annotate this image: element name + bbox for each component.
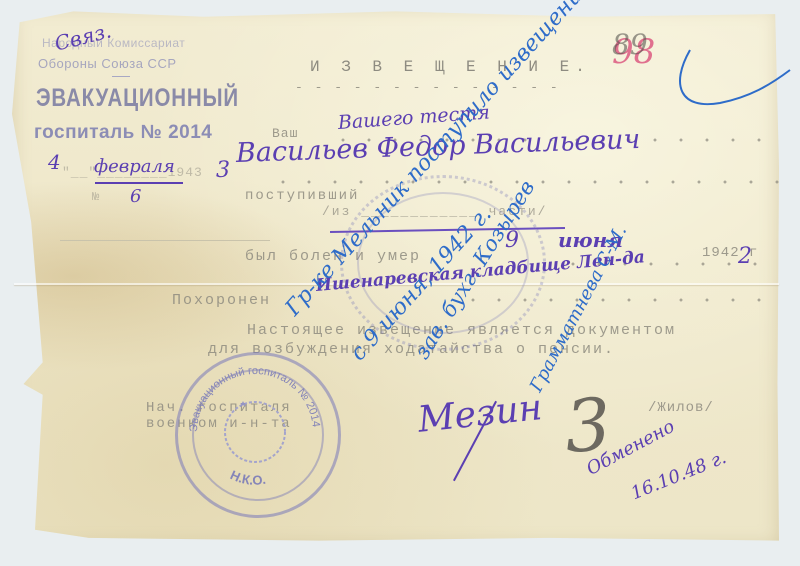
blue-flourish bbox=[660, 45, 800, 115]
field-line-1 bbox=[60, 240, 270, 241]
round-stamp-text: Эвакуационный госпиталь № 2014 Н.К.О. bbox=[175, 352, 335, 512]
handwritten-death-year-suffix: 2 bbox=[738, 244, 752, 269]
svg-text:Эвакуационный госпиталь № 2014: Эвакуационный госпиталь № 2014 bbox=[188, 365, 322, 432]
typed-number-prefix: № bbox=[92, 190, 102, 204]
stamp-hospital-number: госпиталь № 2014 bbox=[34, 122, 212, 144]
graphite-number: 89 bbox=[612, 28, 648, 61]
svg-text:Н.К.О.: Н.К.О. bbox=[228, 467, 267, 488]
handwritten-day: 4 bbox=[48, 150, 61, 174]
month-underline bbox=[95, 182, 183, 184]
typed-signature-name: /Жилов/ bbox=[648, 400, 714, 416]
stamp-defense-ussr: Обороны Союза ССР bbox=[38, 56, 177, 71]
document-title: И З В Е Щ Е Н И Е. bbox=[310, 58, 591, 76]
typed-pokhoronen: Похоронен bbox=[172, 292, 271, 309]
handwritten-number: 6 bbox=[130, 186, 141, 207]
stamp-evacuation: ЭВАКУАЦИОННЫЙ bbox=[36, 84, 239, 113]
typed-postupivshiy: поступивший bbox=[245, 188, 359, 204]
graphite-mark: 3 bbox=[562, 382, 614, 469]
stamp-divider bbox=[112, 76, 130, 77]
title-dashes: - - - - - - - - - - - - - - bbox=[295, 80, 560, 95]
handwritten-month: февраля bbox=[94, 156, 175, 177]
handwritten-year-suffix: 3 bbox=[216, 158, 230, 183]
